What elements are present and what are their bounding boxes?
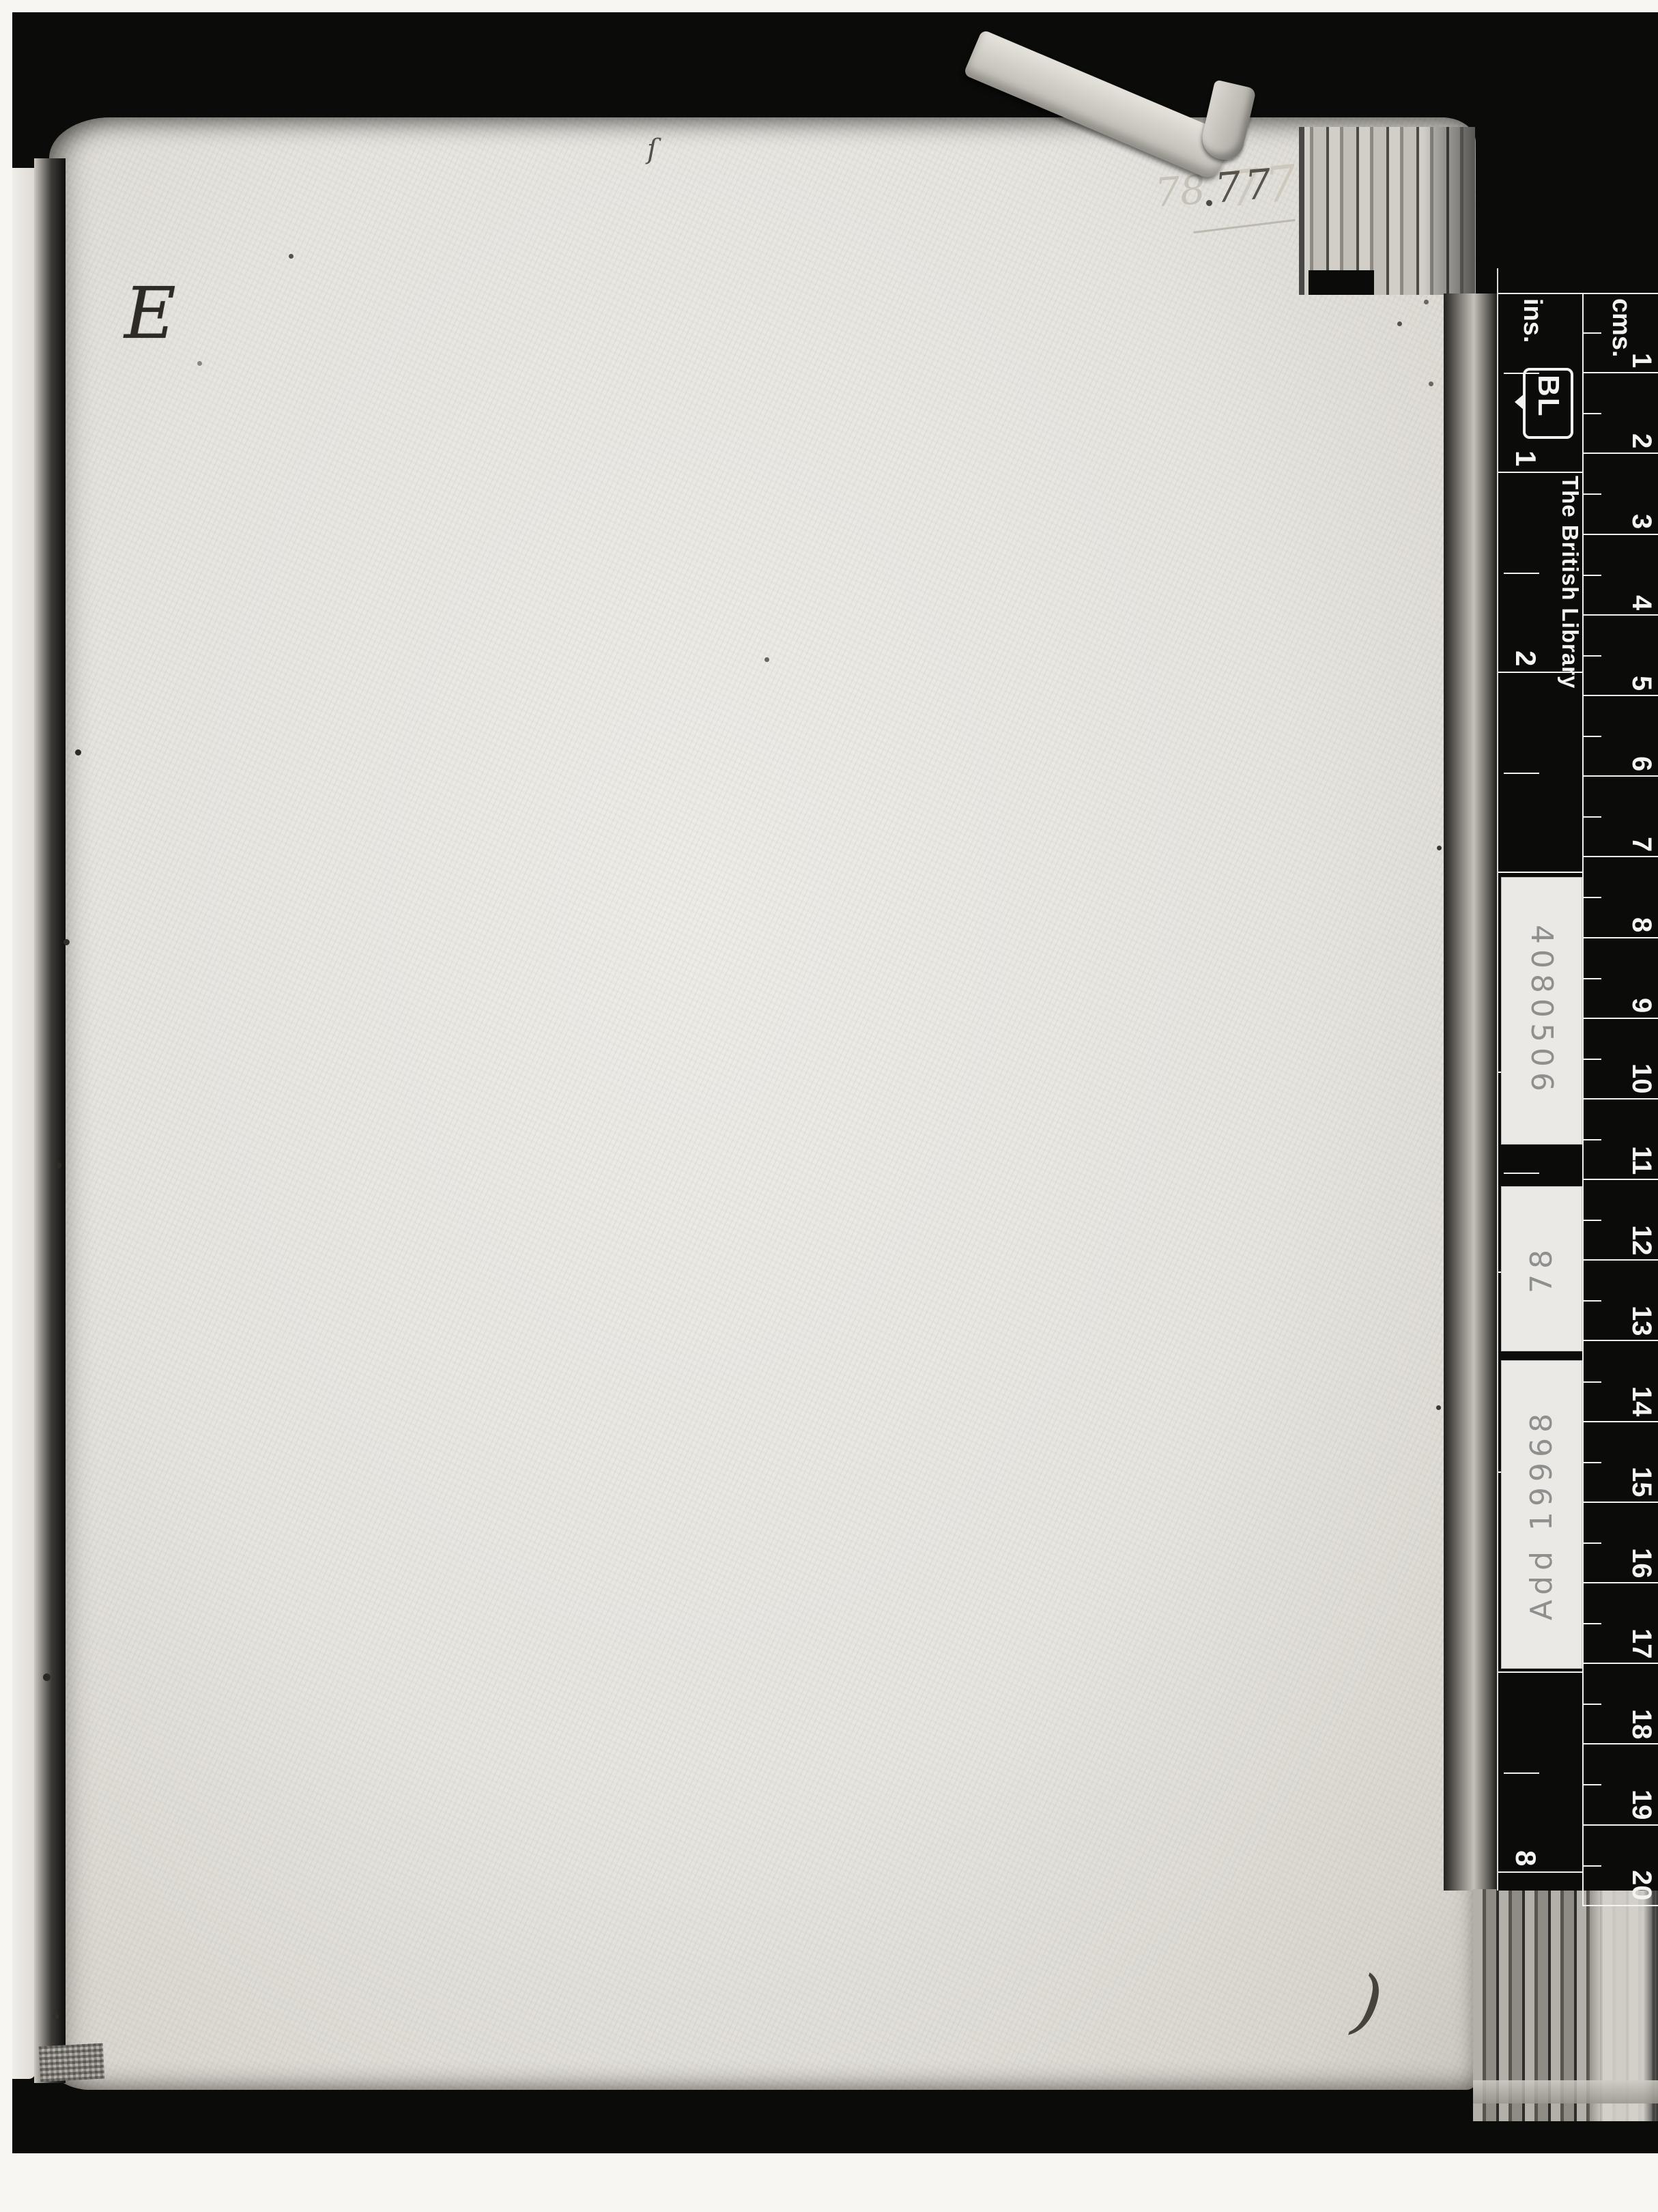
manuscript-line [128,993,190,1045]
cm-number: 11 [1626,1146,1657,1175]
manuscript-line [128,1619,190,1671]
bone-folder-tab [973,18,1293,175]
margin-note [1224,270,1248,418]
cm-number: 16 [1626,1548,1657,1579]
cm-number: 9 [1626,998,1657,1013]
manuscript-line [128,1411,190,1463]
folio-label: 78 [1501,1186,1582,1351]
facing-page-edge [12,168,35,2079]
cm-tick: 3 [1584,454,1658,534]
cm-number: 8 [1626,917,1657,932]
manuscript-line [128,1775,190,1827]
manuscript-photo: ſ 78 77 77 E ) ins. cms. BL The British … [0,0,1658,2212]
initial-letter: E [124,272,176,355]
cm-number: 10 [1626,1063,1657,1094]
manuscript-line [128,576,190,628]
cm-tick: 19 [1584,1744,1658,1825]
cm-number: 6 [1626,756,1657,771]
cm-number: 3 [1626,514,1657,529]
manuscript-line [128,1306,190,1358]
manuscript-line [128,1046,190,1097]
cm-number: 5 [1626,676,1657,691]
cm-tick: 12 [1584,1180,1658,1261]
inch-tick [1498,673,1582,873]
inch-tick: 2 [1498,473,1582,673]
cm-tick: 2 [1584,373,1658,454]
inch-number: 1 [1509,450,1542,466]
cm-tick: 18 [1584,1664,1658,1744]
manuscript-line [128,629,190,680]
book-head-edge [1299,127,1475,295]
negative-number-label: 4080506 [1501,877,1582,1145]
manuscript-line [128,1358,190,1410]
cm-tick: 7 [1584,777,1658,857]
manuscript-line [128,368,190,420]
manuscript-line [128,941,190,993]
inch-number: 2 [1509,650,1542,666]
manuscript-line [128,1097,190,1149]
cm-scale: 1234567891011121314151617181920 [1582,293,1658,1906]
cm-number: 19 [1626,1790,1657,1820]
manuscript-line [128,680,190,732]
cm-tick: 9 [1584,938,1658,1019]
manuscript-line [128,1723,190,1775]
cm-tick: 4 [1584,535,1658,616]
shelfmark-text: Add 19968 [1524,1408,1559,1620]
cm-tick: 11 [1584,1100,1658,1180]
cm-tick: 8 [1584,857,1658,938]
cm-number: 1 [1626,353,1657,368]
cm-number: 7 [1626,837,1657,852]
cm-number: 14 [1626,1386,1657,1417]
cm-number: 2 [1626,433,1657,448]
cm-number: 4 [1626,595,1657,610]
tab-shaft [963,29,1233,182]
tab-hook [1198,79,1257,163]
manuscript-line [128,1150,190,1202]
manuscript-line [128,733,190,785]
manuscript-line [128,785,190,837]
manuscript-line [128,1202,190,1254]
inch-number: 8 [1509,1850,1542,1866]
quire-mark: ſ [647,134,657,165]
gutter-shadow [34,158,66,2083]
manuscript-line [128,472,190,524]
manuscript-line [128,420,190,472]
manuscript-line [128,1567,190,1619]
manuscript-line [128,1254,190,1306]
cm-number: 12 [1626,1225,1657,1256]
cm-tick: 6 [1584,696,1658,777]
cm-tick: 14 [1584,1341,1658,1422]
cm-number: 13 [1626,1306,1657,1336]
binding-cloth [39,2043,105,2082]
parchment-page [49,117,1476,2090]
inch-tick: 8 [1498,1673,1582,1873]
manuscript-line [128,889,190,941]
book-fore-edge [1444,293,1498,1891]
bl-scale-ruler: ins. cms. BL The British Library 1278 12… [1497,268,1658,1891]
cm-tick: 15 [1584,1422,1658,1503]
shelfmark-label: Add 19968 [1501,1360,1582,1669]
cm-tick: 16 [1584,1503,1658,1583]
cm-number: 17 [1626,1628,1657,1659]
manuscript-line [128,837,190,889]
inch-tick: 1 [1498,273,1582,473]
manuscript-line [128,524,190,576]
manuscript-text [128,263,190,1828]
manuscript-line [128,1463,190,1514]
negative-number: 4080506 [1524,925,1559,1097]
book-tail-edge [1473,1889,1658,2121]
cm-tick: 10 [1584,1019,1658,1100]
cm-tick: 5 [1584,616,1658,696]
cm-tick: 13 [1584,1261,1658,1341]
manuscript-line [128,1671,190,1723]
folio-label-number: 78 [1524,1244,1559,1293]
wormhole-specks [0,0,3,3]
margin-note-line [1240,319,1248,369]
cm-tick: 20 [1584,1826,1658,1906]
cm-number: 20 [1626,1870,1657,1901]
margin-note-line [1224,270,1248,319]
cm-number: 15 [1626,1467,1657,1497]
cm-tick: 1 [1584,293,1658,373]
cm-tick: 17 [1584,1583,1658,1664]
cm-number: 18 [1626,1709,1657,1740]
manuscript-line [128,1514,190,1566]
